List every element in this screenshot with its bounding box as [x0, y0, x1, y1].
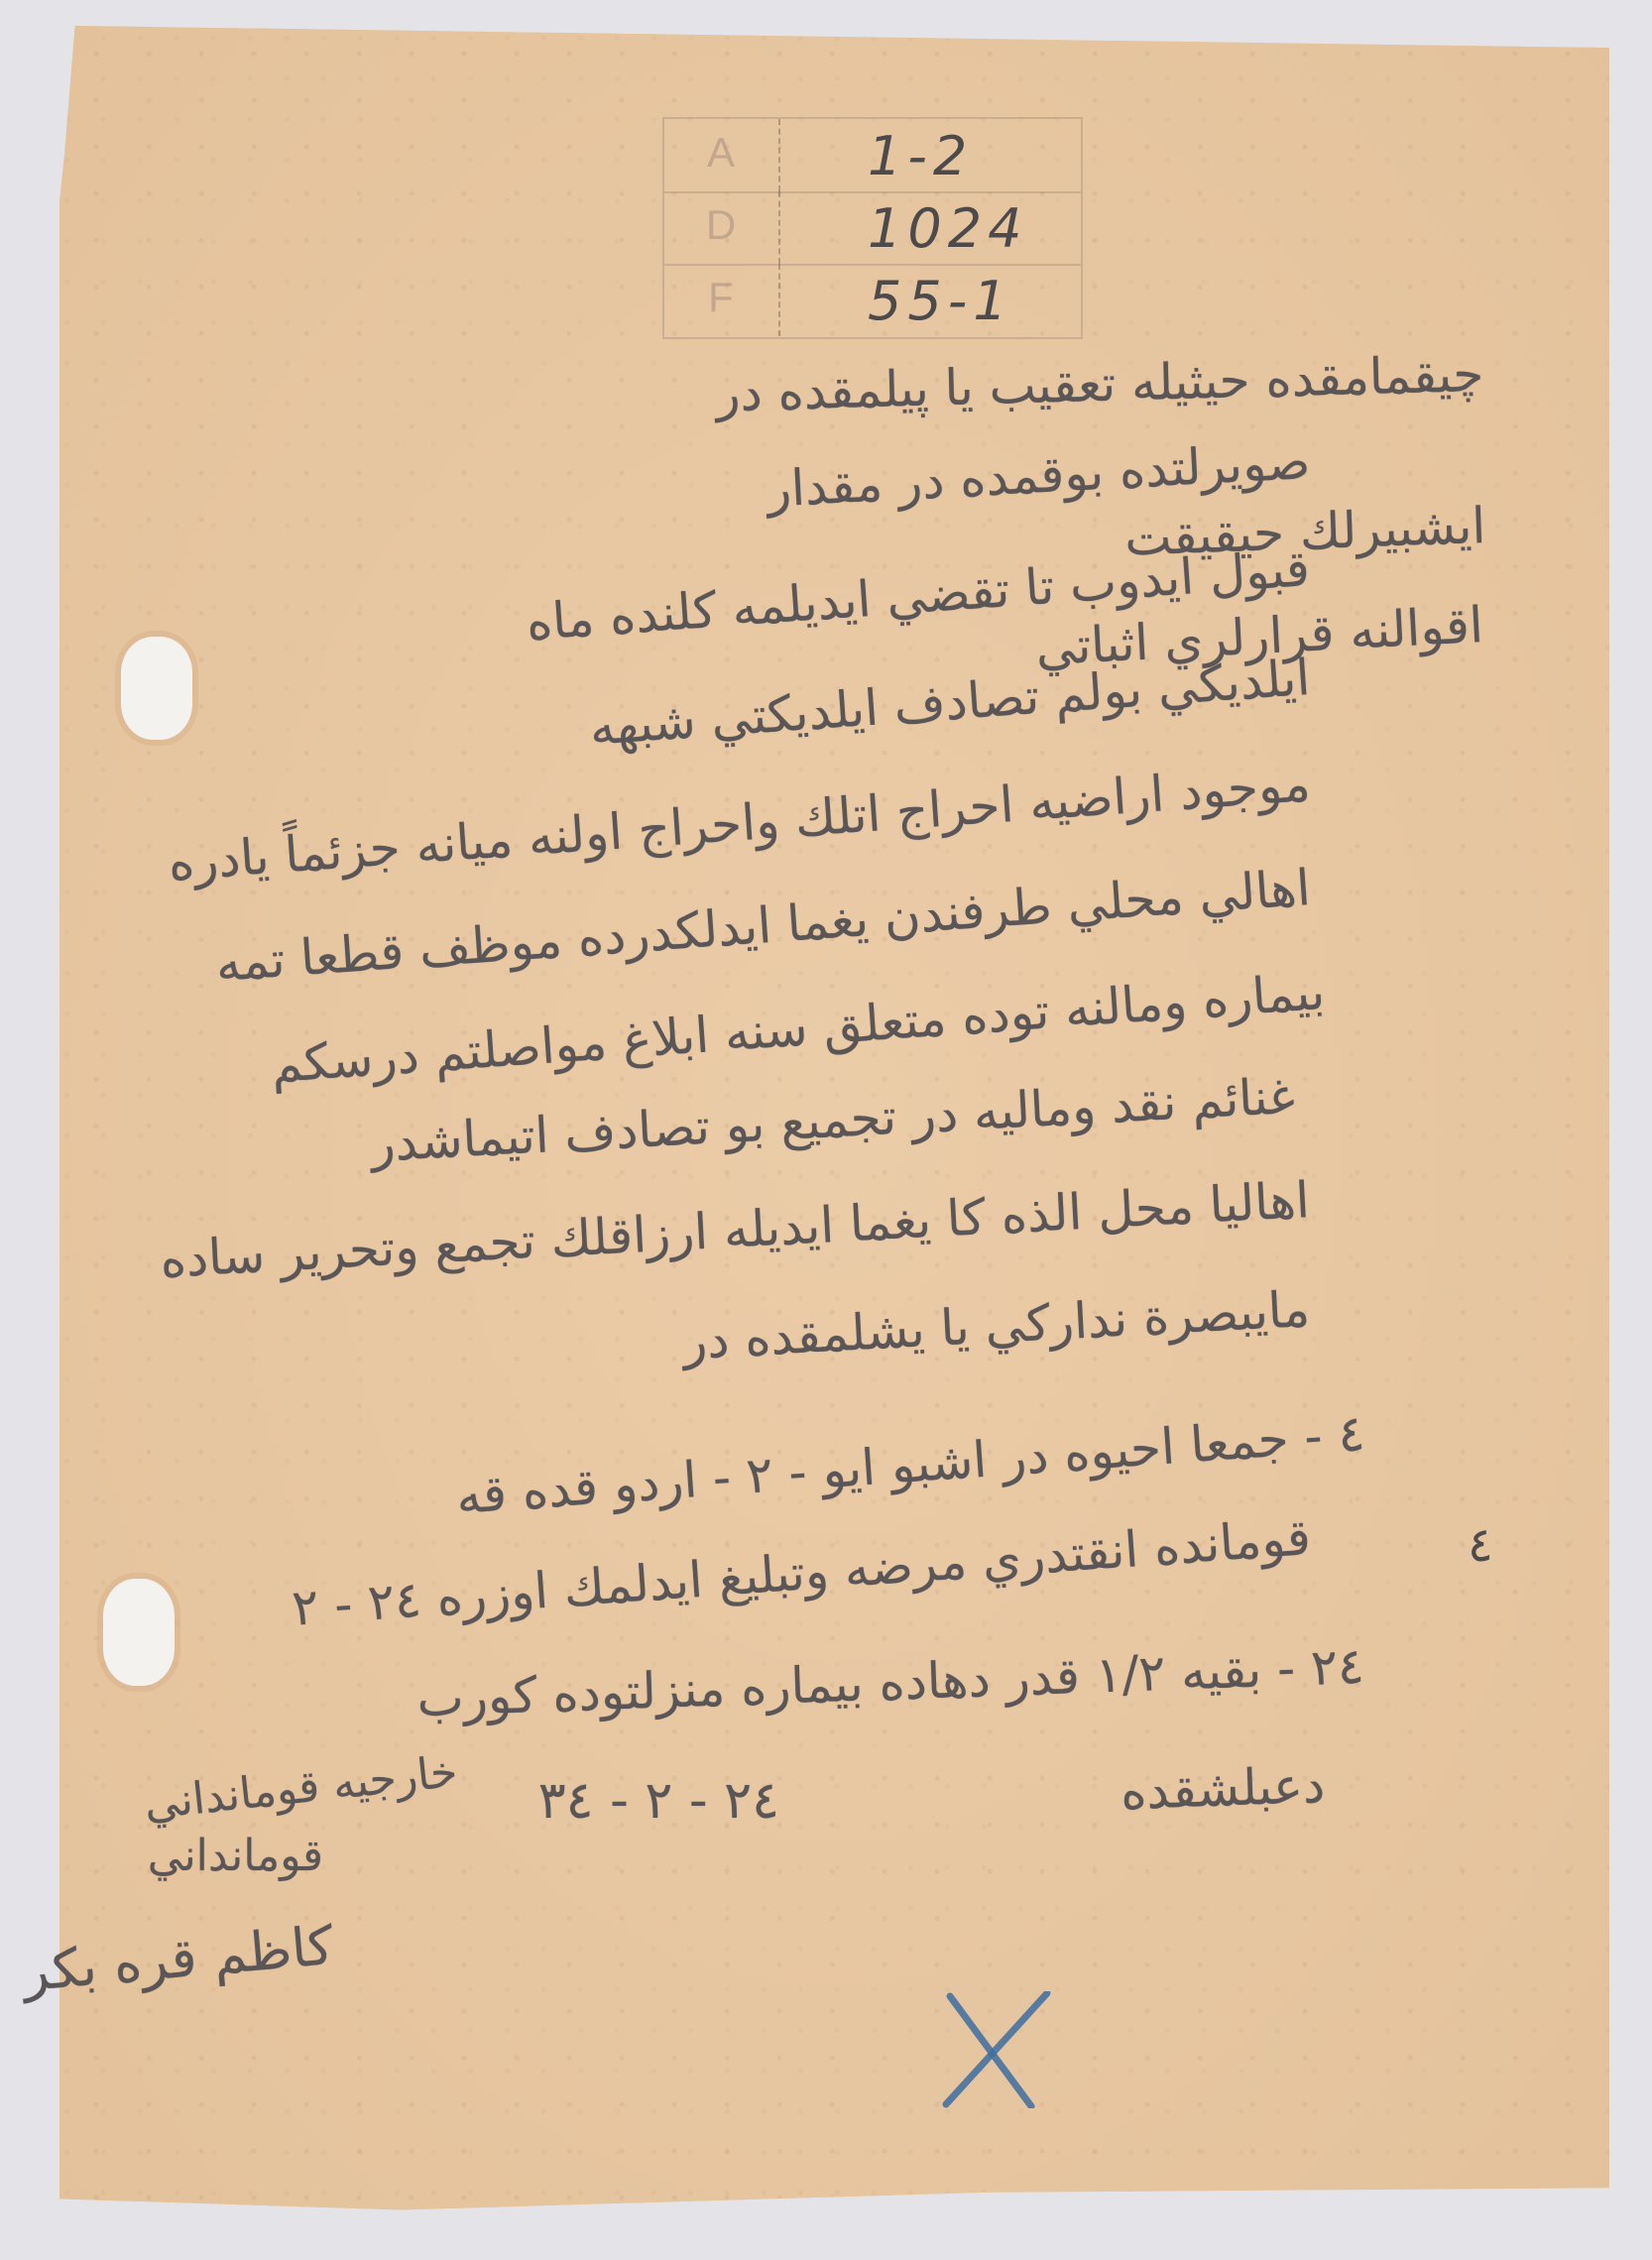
body-line: دعبلشقده — [1120, 1760, 1326, 1817]
blue-pencil-cross-mark — [940, 1991, 1057, 2108]
stamp-row-a: A 1-2 — [664, 119, 1081, 193]
stamp-divider — [778, 264, 780, 336]
letter-date: ٢٤ - ٢ - ٣٤ — [538, 1775, 779, 1827]
stamp-key: F — [676, 274, 766, 321]
stamp-value-page: 55-1 — [868, 270, 1013, 332]
archive-stamp: A 1-2 D 1024 F 55-1 — [662, 117, 1083, 339]
stamp-value-file: 1024 — [868, 197, 1027, 260]
stamp-value-folder: 1-2 — [868, 125, 973, 187]
section-marker: ٤ — [1468, 1517, 1493, 1573]
stamp-key: D — [676, 201, 766, 249]
stamp-row-d: D 1024 — [664, 191, 1081, 266]
stamp-row-f: F 55-1 — [664, 264, 1081, 336]
signature-title: قومانداني — [148, 1835, 323, 1878]
stamp-key: A — [676, 129, 766, 177]
punch-hole-upper — [121, 637, 192, 740]
stamp-divider — [778, 119, 780, 191]
punch-hole-lower — [103, 1579, 175, 1686]
stamp-divider — [778, 191, 780, 264]
